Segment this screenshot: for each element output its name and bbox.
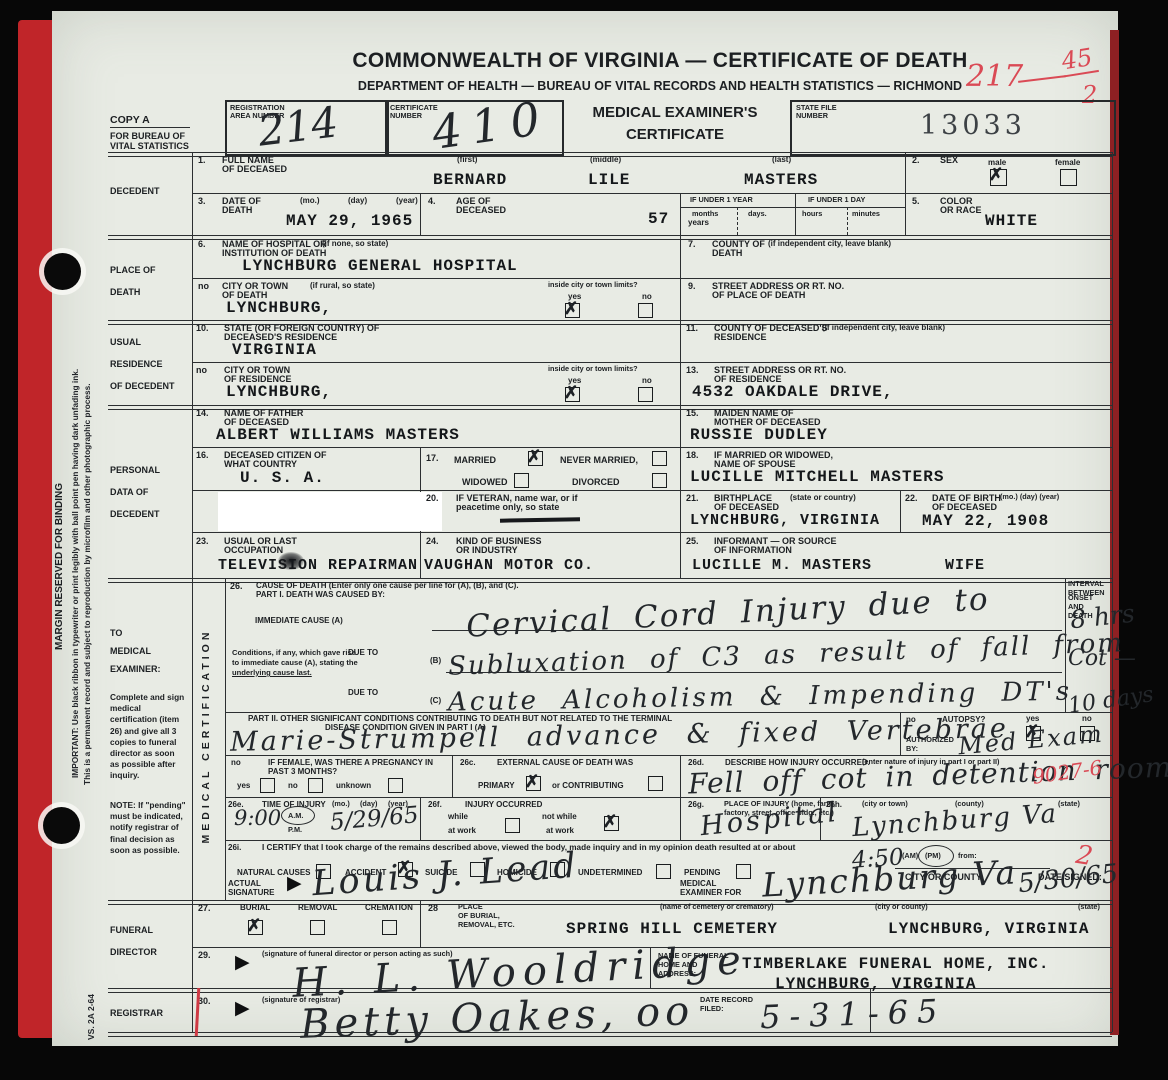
medical-examiner-for-label2: EXAMINER FOR — [680, 888, 741, 898]
field26b-number: no — [231, 758, 241, 768]
side-place-of-death1: PLACE OF — [110, 265, 156, 276]
check-mark-icon: ✗ — [247, 916, 261, 936]
red-annotation-top: 45 — [1058, 44, 1098, 77]
date-of-birth-value: MAY 22, 1908 — [922, 513, 1049, 529]
check-mark-icon: ✗ — [989, 165, 1003, 185]
field12-number: no — [196, 365, 207, 376]
undetermined-label: UNDETERMINED — [578, 868, 642, 878]
field10-number: 10. — [196, 323, 209, 334]
age-unit-label: years — [688, 218, 709, 228]
field5-label2: OR RACE — [940, 205, 982, 216]
pending-label: PENDING — [684, 868, 720, 878]
cemetery-value: SPRING HILL CEMETERY — [566, 921, 778, 937]
cremation-label: CREMATION — [365, 903, 413, 913]
medical-examiners-line1: MEDICAL EXAMINER'S — [565, 104, 785, 122]
conditions-note3: underlying cause last. — [232, 668, 417, 678]
limits-question: inside city or town limits? — [548, 281, 638, 290]
days-label: days. — [748, 210, 767, 219]
field5-number: 5. — [912, 196, 920, 207]
field11-number: 11. — [686, 323, 698, 334]
mother-name-value: RUSSIE DUDLEY — [690, 427, 828, 443]
field26c-number: 26c. — [460, 758, 476, 768]
city-residence-value: LYNCHBURG, — [226, 384, 332, 400]
copy-label: COPY A — [110, 114, 150, 127]
months-label: months — [692, 210, 718, 219]
cemetery-hint: (name of cemetery or crematory) — [660, 903, 774, 912]
spouse-name-value: LUCILLE MITCHELL MASTERS — [690, 469, 944, 485]
field26g-number: 26g. — [688, 800, 704, 810]
field25-number: 25. — [686, 536, 699, 547]
side-usual-residence2: RESIDENCE — [110, 359, 163, 370]
field26a-number: no — [906, 715, 916, 725]
check-mark-icon: ✗ — [525, 772, 539, 792]
check-mark-icon: ✗ — [603, 812, 617, 832]
occupation-value: TELEVISION REPAIRMAN — [218, 558, 418, 573]
cause-b-label: (B) — [430, 656, 441, 666]
field26f-label: INJURY OCCURRED — [465, 800, 542, 810]
pm-label: P.M. — [288, 826, 302, 835]
burial-city-hint: (city or county) — [875, 903, 928, 912]
actual-signature-label2: SIGNATURE — [228, 888, 275, 898]
pregnancy-unknown-checkbox — [388, 778, 403, 793]
field9-label2: OF PLACE OF DEATH — [712, 290, 805, 301]
field24-number: 24. — [426, 536, 439, 547]
funeral-home-name: TIMBERLAKE FUNERAL HOME, INC. — [742, 956, 1049, 972]
burial-label: BURIAL — [240, 903, 270, 913]
date-mo-hint: (mo.) — [300, 196, 320, 206]
first-name-value: BERNARD — [433, 172, 507, 188]
last-name-hint: (last) — [772, 155, 791, 165]
burial-state-hint: (state) — [1078, 903, 1100, 912]
field4-label2: DECEASED — [456, 205, 506, 216]
injury-time-handwriting: 9:00 — [234, 808, 281, 829]
contributing-label: or CONTRIBUTING — [552, 781, 624, 791]
state-file-label2: NUMBER — [796, 112, 828, 121]
divorced-label: DIVORCED — [572, 477, 620, 488]
margin-important-note: IMPORTANT: Use black ribbon in typewrite… — [70, 369, 80, 778]
side-to-me3: EXAMINER: — [110, 664, 161, 675]
city-of-death-value: LYNCHBURG, — [226, 300, 332, 316]
widowed-label: WIDOWED — [462, 477, 508, 488]
not-while-label1: not while — [542, 812, 577, 822]
field7-hint: (if independent city, leave blank) — [768, 239, 891, 249]
margin-binding-note: MARGIN RESERVED FOR BINDING — [54, 483, 65, 650]
field25-label2: OF INFORMATION — [714, 545, 792, 556]
limits-no-label: no — [642, 376, 652, 386]
field1-label2: OF DECEASED — [222, 164, 287, 175]
state-residence-value: VIRGINIA — [232, 342, 317, 358]
while-at-work-checkbox — [505, 818, 520, 833]
female-checkbox — [1060, 169, 1077, 186]
cremation-checkbox — [382, 920, 397, 935]
residence-limits-yes-checkbox: ✗ — [565, 387, 580, 402]
last-name-value: MASTERS — [744, 172, 818, 188]
pregnancy-unknown-label: unknown — [336, 781, 371, 791]
middle-name-value: LILE — [588, 172, 630, 188]
field8-number: no — [198, 281, 209, 292]
field13-number: 13. — [686, 365, 699, 376]
field28-label3: REMOVAL, ETC. — [458, 921, 515, 930]
field26i-number: 26i. — [228, 843, 241, 853]
side-to-me2: MEDICAL — [110, 646, 151, 657]
race-value: WHITE — [985, 213, 1038, 229]
punch-hole-icon — [44, 253, 81, 290]
limits-no-checkbox — [638, 303, 653, 318]
field27-number: 27. — [198, 903, 211, 914]
citizen-value: U. S. A. — [240, 470, 325, 486]
field15-number: 15. — [686, 408, 699, 419]
field23-label2: OCCUPATION — [224, 545, 283, 556]
female-label: female — [1055, 158, 1080, 168]
date-filed-handwriting: 5-31-65 — [759, 995, 946, 1033]
primary-label: PRIMARY — [478, 781, 515, 791]
widowed-checkbox — [514, 473, 529, 488]
removal-label: REMOVAL — [298, 903, 337, 913]
pregnancy-yes-checkbox — [260, 778, 275, 793]
cause-c-label: (C) — [430, 696, 441, 706]
sex-label: SEX — [940, 155, 958, 166]
copy-for-line2: VITAL STATISTICS — [110, 141, 189, 152]
undetermined-checkbox — [656, 864, 671, 879]
residence-limits-no-checkbox — [638, 387, 653, 402]
side-personal-data2: DATA OF — [110, 487, 148, 498]
field7-number: 7. — [688, 239, 696, 250]
field11-label2: RESIDENCE — [714, 332, 767, 343]
while-label1: while — [448, 812, 468, 822]
under-1-year-label: IF UNDER 1 YEAR — [690, 196, 753, 205]
due-to-label-c: DUE TO — [348, 688, 378, 698]
immediate-cause-label: IMMEDIATE CAUSE (A) — [255, 616, 343, 626]
redaction-box — [218, 492, 442, 531]
field18-number: 18. — [686, 450, 699, 461]
field9-number: 9. — [688, 281, 696, 292]
side-personal-data3: DECEDENT — [110, 509, 160, 520]
under-1-day-label: IF UNDER 1 DAY — [808, 196, 865, 205]
certificate-subtitle: DEPARTMENT OF HEALTH — BUREAU OF VITAL R… — [280, 79, 1040, 94]
field29-number: 29. — [198, 950, 211, 961]
while-label2: at work — [448, 826, 476, 836]
side-funeral-director1: FUNERAL — [110, 925, 153, 936]
am-circle-annotation — [281, 806, 315, 825]
not-while-label2: at work — [546, 826, 574, 836]
field8-hint: (if rural, so state) — [310, 281, 375, 291]
field2-number: 2. — [912, 155, 920, 166]
form-number: VS. 2A 2-64 — [86, 994, 96, 1040]
field3-label2: DEATH — [222, 205, 252, 216]
field26f-number: 26f. — [428, 800, 442, 810]
field24-label2: OR INDUSTRY — [456, 545, 518, 556]
informant-value: LUCILLE M. MASTERS — [692, 558, 872, 573]
field7-label2: DEATH — [712, 248, 742, 259]
limits-yes-checkbox: ✗ — [565, 303, 580, 318]
date-day-hint: (day) — [348, 196, 367, 206]
side-place-of-death2: DEATH — [110, 287, 140, 298]
margin-permanent-note: This is a permanent record and subject t… — [82, 383, 92, 785]
authorized-label2: BY: — [906, 745, 918, 754]
medical-examiners-line2: CERTIFICATE — [565, 126, 785, 144]
contributing-checkbox — [648, 776, 663, 791]
married-label: MARRIED — [454, 455, 496, 466]
red-annotation-main: 217 — [966, 62, 1023, 92]
check-mark-icon: ✗ — [564, 383, 578, 403]
funeral-home-city: LYNCHBURG, VIRGINIA — [775, 976, 976, 992]
side-usual-residence1: USUAL — [110, 337, 141, 348]
field4-number: 4. — [428, 196, 436, 207]
signature-arrow-icon: ▶ — [235, 999, 250, 1018]
divorced-checkbox — [652, 473, 667, 488]
burial-checkbox: ✗ — [248, 920, 263, 935]
field11-hint: (if independent city, leave blank) — [822, 323, 945, 333]
field22-hint: (mo.) (day) (year) — [1000, 493, 1059, 502]
hospital-value: LYNCHBURG GENERAL HOSPITAL — [242, 258, 518, 274]
side-me-instructions: Complete and sign medical certification … — [110, 692, 186, 782]
field28-number: 28 — [428, 903, 438, 914]
first-name-hint: (first) — [457, 155, 477, 165]
field26c-label: EXTERNAL CAUSE OF DEATH WAS — [497, 758, 633, 768]
date-of-death-value: MAY 29, 1965 — [286, 213, 413, 229]
pending-checkbox — [736, 864, 751, 879]
birthplace-value: LYNCHBURG, VIRGINIA — [690, 513, 880, 528]
part1-label: PART I. DEATH WAS CAUSED BY: — [256, 590, 385, 600]
check-mark-icon: ✗ — [564, 299, 578, 319]
never-married-checkbox — [652, 451, 667, 466]
injury-state-hint: (state) — [1058, 800, 1080, 809]
field6-number: 6. — [198, 239, 206, 250]
signature-arrow-icon: ▶ — [287, 874, 302, 893]
burial-city-value: LYNCHBURG, VIRGINIA — [888, 921, 1089, 937]
field26-number: 26. — [230, 581, 243, 592]
field26b-label2: PAST 3 MONTHS? — [268, 767, 337, 777]
field26h-number: 26h. — [826, 800, 842, 810]
father-name-value: ALBERT WILLIAMS MASTERS — [216, 427, 460, 443]
field22-number: 22. — [905, 493, 918, 504]
field23-number: 23. — [196, 536, 209, 547]
field16-number: 16. — [196, 450, 209, 461]
side-decedent: DECEDENT — [110, 186, 160, 197]
pregnancy-no-checkbox — [308, 778, 323, 793]
street-residence-value: 4532 OAKDALE DRIVE, — [692, 384, 893, 400]
pregnancy-yes-label: yes — [237, 781, 250, 791]
ink-smudge — [278, 552, 304, 570]
date-filed-label2: FILED: — [700, 1005, 724, 1014]
field20-number: 20. — [426, 493, 439, 504]
hours-label: hours — [802, 210, 822, 219]
certificate-number-label2: NUMBER — [390, 112, 422, 121]
field30-number: 30. — [198, 996, 211, 1007]
signature-arrow-icon: ▶ — [235, 953, 250, 972]
limits-no-label: no — [642, 292, 652, 302]
field3-number: 3. — [198, 196, 206, 207]
field6-hint: (if none, so state) — [322, 239, 388, 249]
minutes-label: minutes — [852, 210, 880, 219]
limits-question: inside city or town limits? — [548, 365, 638, 374]
field21-number: 21. — [686, 493, 699, 504]
medical-certification-side-label: MEDICAL CERTIFICATION — [200, 580, 212, 892]
funeral-home-label3: ADDRESS: — [658, 970, 696, 979]
side-personal-data1: PERSONAL — [110, 465, 160, 476]
punch-hole-icon — [43, 807, 80, 844]
age-value: 57 — [648, 211, 669, 227]
removal-checkbox — [310, 920, 325, 935]
married-checkbox: ✗ — [528, 451, 543, 466]
date-year-hint: (year) — [396, 196, 418, 206]
field1-number: 1. — [198, 155, 206, 166]
informant-relation-value: WIFE — [945, 558, 985, 573]
side-to-me1: TO — [110, 628, 122, 639]
certificate-title: COMMONWEALTH OF VIRGINIA — CERTIFICATE O… — [280, 48, 1040, 73]
not-while-at-work-checkbox: ✗ — [604, 816, 619, 831]
field14-number: 14. — [196, 408, 209, 419]
check-mark-icon: ✗ — [527, 447, 541, 467]
pregnancy-no-label: no — [288, 781, 298, 791]
middle-name-hint: (middle) — [590, 155, 621, 165]
never-married-label: NEVER MARRIED, — [560, 455, 638, 466]
side-registrar: REGISTRAR — [110, 1008, 163, 1019]
primary-checkbox: ✗ — [526, 776, 541, 791]
conditions-note1: Conditions, if any, which gave rise — [232, 648, 417, 658]
injury-city-hint: (city or town) — [862, 800, 908, 809]
side-pending-note: NOTE: If "pending" must be indicated, no… — [110, 800, 186, 856]
side-funeral-director2: DIRECTOR — [110, 947, 157, 958]
state-file-value: 13033 — [920, 112, 1026, 139]
autopsy-label: AUTOPSY? — [942, 715, 985, 725]
field21-hint: (state or country) — [790, 493, 856, 503]
male-checkbox: ✗ — [990, 169, 1007, 186]
interval-b-handwriting: Cot — — [1068, 648, 1136, 670]
scanned-death-certificate: MARGIN RESERVED FOR BINDING IMPORTANT: U… — [0, 0, 1168, 1080]
interval-a-handwriting: 8 hrs — [1069, 601, 1136, 633]
field17-number: 17. — [426, 453, 439, 464]
field20-label2: peacetime only, so state — [456, 502, 559, 513]
registration-area-value: 214 — [256, 101, 341, 152]
business-value: VAUGHAN MOTOR CO. — [424, 558, 594, 573]
conditions-note2: to immediate cause (A), stating the — [232, 658, 417, 668]
side-usual-residence3: OF DECEDENT — [110, 381, 175, 392]
